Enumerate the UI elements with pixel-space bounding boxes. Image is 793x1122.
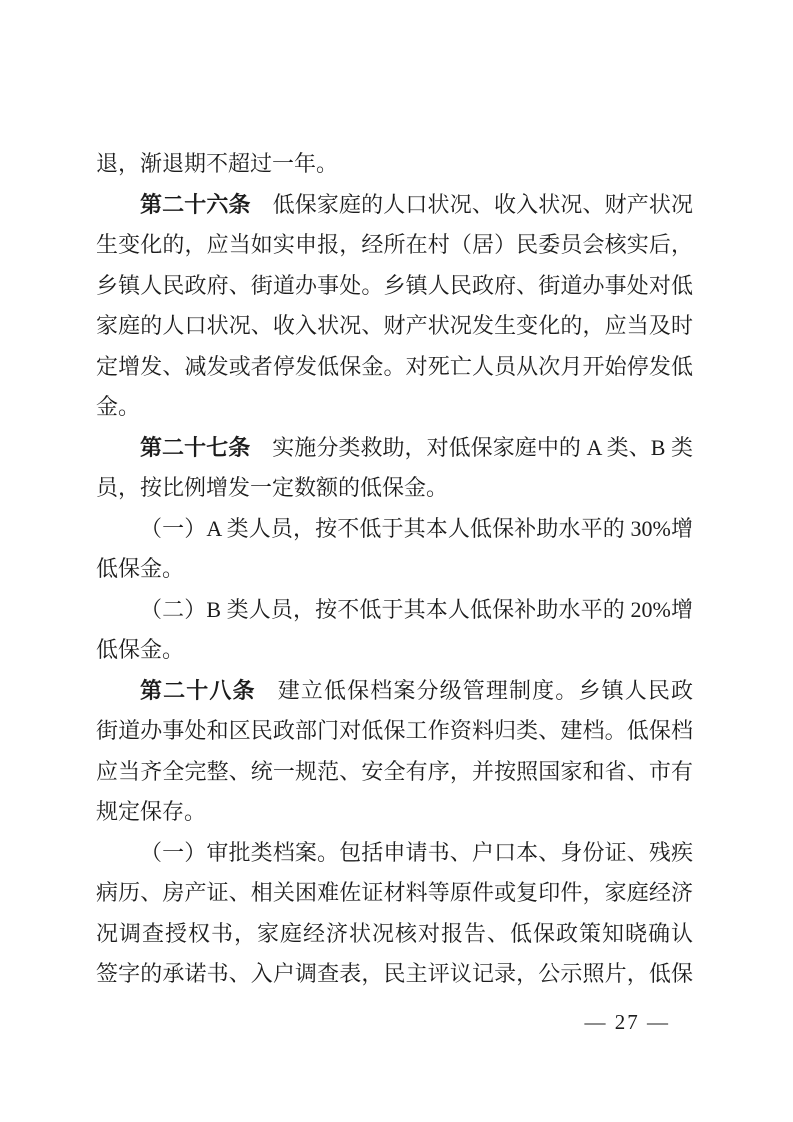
document-body: 退，渐退期不超过一年。 第二十六条低保家庭的人口状况、收入状况、财产状况发 生变… — [96, 144, 693, 995]
paragraph-line: 病历、房产证、相关困难佐证材料等原件或复印件，家庭经济状 — [96, 873, 693, 914]
paragraph-line: 员，按比例增发一定数额的低保金。 — [96, 468, 693, 509]
paragraph-line: 街道办事处和区民政部门对低保工作资料归类、建档。低保档案 — [96, 711, 693, 752]
paragraph-line: 定增发、减发或者停发低保金。对死亡人员从次月开始停发低保 — [96, 347, 693, 388]
line-text: （一）审批类档案。包括申请书、户口本、身份证、残疾证、 — [140, 840, 693, 874]
paragraph-line-article-27: 第二十七条实施分类救助，对低保家庭中的 A 类、B 类人 — [96, 428, 693, 469]
paragraph-line: 乡镇人民政府、街道办事处。乡镇人民政府、街道办事处对低保 — [96, 266, 693, 307]
paragraph-line: 金。 — [96, 387, 693, 428]
paragraph-line: 退，渐退期不超过一年。 — [96, 144, 693, 185]
line-text: 退，渐退期不超过一年。 — [96, 151, 338, 176]
line-text: 况调查授权书，家庭经济状况核对报告、低保政策知晓确认书、 — [96, 921, 693, 955]
paragraph-line: 家庭的人口状况、收入状况、财产状况发生变化的，应当及时决 — [96, 306, 693, 347]
article-number: 第二十七条 — [140, 435, 250, 460]
document-page: 退，渐退期不超过一年。 第二十六条低保家庭的人口状况、收入状况、财产状况发 生变… — [0, 0, 793, 1122]
paragraph-line-item-2: （二）B 类人员，按不低于其本人低保补助水平的 20%增发 — [96, 590, 693, 631]
paragraph-line: 低保金。 — [96, 630, 693, 671]
line-text: 员，按比例增发一定数额的低保金。 — [96, 475, 448, 500]
line-text: 金。 — [96, 394, 140, 419]
line-text: （一）A 类人员，按不低于其本人低保补助水平的 30%增发 — [140, 516, 693, 550]
line-text: （二）B 类人员，按不低于其本人低保补助水平的 20%增发 — [140, 597, 693, 631]
line-text: 街道办事处和区民政部门对低保工作资料归类、建档。低保档案 — [96, 718, 693, 752]
line-text: 乡镇人民政府、街道办事处。乡镇人民政府、街道办事处对低保 — [96, 273, 693, 307]
article-number: 第二十六条 — [140, 192, 251, 217]
paragraph-line-article-28: 第二十八条建立低保档案分级管理制度。乡镇人民政府、 — [96, 671, 693, 712]
paragraph-line: 况调查授权书，家庭经济状况核对报告、低保政策知晓确认书、 — [96, 914, 693, 955]
page-number: — 27 — — [585, 1008, 671, 1036]
paragraph-line: 应当齐全完整、统一规范、安全有序，并按照国家和省、市有关 — [96, 752, 693, 793]
paragraph-line: 生变化的，应当如实申报，经所在村（居）民委员会核实后，报 — [96, 225, 693, 266]
paragraph-line-item-1: （一）A 类人员，按不低于其本人低保补助水平的 30%增发 — [96, 509, 693, 550]
line-text: 家庭的人口状况、收入状况、财产状况发生变化的，应当及时决 — [96, 313, 693, 347]
line-text: 规定保存。 — [96, 799, 206, 824]
line-text: 生变化的，应当如实申报，经所在村（居）民委员会核实后，报 — [96, 232, 693, 266]
line-text: 低保金。 — [96, 556, 184, 581]
paragraph-line-item-1-archive: （一）审批类档案。包括申请书、户口本、身份证、残疾证、 — [96, 833, 693, 874]
line-text: 签字的承诺书、入户调查表，民主评议记录，公示照片，低保审 — [96, 961, 693, 995]
paragraph-line: 低保金。 — [96, 549, 693, 590]
paragraph-line: 签字的承诺书、入户调查表，民主评议记录，公示照片，低保审 — [96, 954, 693, 995]
line-text: 应当齐全完整、统一规范、安全有序，并按照国家和省、市有关 — [96, 759, 693, 793]
paragraph-line: 规定保存。 — [96, 792, 693, 833]
line-text: 病历、房产证、相关困难佐证材料等原件或复印件，家庭经济状 — [96, 880, 693, 914]
line-text: 低保金。 — [96, 637, 184, 662]
line-text: 定增发、减发或者停发低保金。对死亡人员从次月开始停发低保 — [96, 354, 693, 388]
article-number: 第二十八条 — [140, 678, 256, 703]
paragraph-line-article-26: 第二十六条低保家庭的人口状况、收入状况、财产状况发 — [96, 185, 693, 226]
